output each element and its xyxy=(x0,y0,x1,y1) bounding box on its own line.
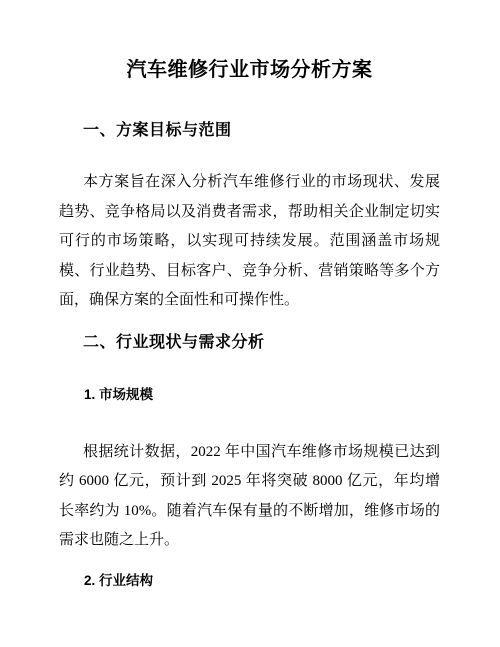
section-1-paragraph: 本方案旨在深入分析汽车维修行业的市场现状、发展趋势、竞争格局以及消费者需求，帮助… xyxy=(59,168,440,316)
subsection-1-heading: 1. 市场规模 xyxy=(84,385,440,404)
section-1-heading: 一、方案目标与范围 xyxy=(83,120,440,142)
subsection-2-heading: 2. 行业结构 xyxy=(84,571,440,590)
section-2-heading: 二、行业现状与需求分析 xyxy=(83,332,440,354)
document-title: 汽车维修行业市场分析方案 xyxy=(59,56,440,84)
document-page: 汽车维修行业市场分析方案 一、方案目标与范围 本方案旨在深入分析汽车维修行业的市… xyxy=(0,0,500,647)
subsection-1-paragraph: 根据统计数据，2022 年中国汽车维修市场规模已达到约 6000 亿元，预计到 … xyxy=(59,438,440,556)
